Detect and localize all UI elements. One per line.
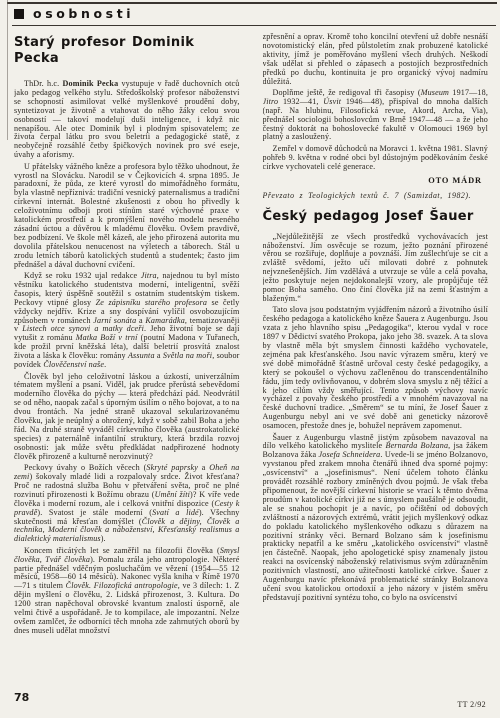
magazine-page: osobnosti Starý profesor Dominik Pecka T… bbox=[0, 0, 500, 718]
right-column: zpřesnění a oprav. Kromě toho koncilní o… bbox=[263, 33, 489, 683]
article2-paragraph: Šauer z Augenburgu vlastně jistým způsob… bbox=[263, 434, 489, 603]
page-number: 78 bbox=[14, 691, 29, 704]
article1-byline: OTO MÁDR bbox=[263, 176, 483, 185]
article1-paragraph: Zemřel v domově důchodců na Moravci 1. k… bbox=[263, 145, 489, 172]
article1-paragraph-continuation: zpřesnění a oprav. Kromě toho koncilní o… bbox=[263, 33, 489, 86]
issue-label: TT 2/92 bbox=[457, 700, 486, 709]
header-rule bbox=[12, 25, 496, 26]
article1-paragraph: Koncem třicátých let se zaměřil na filoz… bbox=[14, 547, 240, 636]
article1-paragraph: ThDr. h.c. Dominik Pecka vystupuje v řad… bbox=[14, 80, 240, 160]
left-column: Starý profesor Dominik Pecka ThDr. h.c. … bbox=[14, 33, 240, 683]
section-bullet-square-icon bbox=[14, 9, 24, 19]
article1-source-note: Převzato z Teologických textů č. 7 (Sami… bbox=[263, 191, 489, 200]
article1-title: Starý profesor Dominik Pecka bbox=[14, 35, 240, 67]
article1-paragraph: U přátelsky vážného kněze a profesora by… bbox=[14, 163, 240, 270]
scan-edge-mark bbox=[7, 0, 8, 140]
article2-paragraph: Tato slova jsou podstatným vyjádřením ná… bbox=[263, 306, 489, 431]
section-header: osobnosti bbox=[14, 6, 134, 21]
article1-paragraph: Doplňme ještě, že redigoval tři časopisy… bbox=[263, 89, 489, 142]
article2-paragraph: „Nejdůležitější ze všech prostředků vych… bbox=[263, 233, 489, 304]
article1-paragraph: Člověk byl jeho celoživotní láskou a úzk… bbox=[14, 373, 240, 462]
article1-paragraph: Když se roku 1932 ujal redakce Jitra, na… bbox=[14, 272, 240, 370]
section-label: osobnosti bbox=[33, 6, 134, 21]
article2-title: Český pedagog Josef Šauer bbox=[263, 209, 489, 225]
article1-paragraph: Peckovy úvahy o Božích věcech (Skryté pa… bbox=[14, 464, 240, 544]
text-columns: Starý profesor Dominik Pecka ThDr. h.c. … bbox=[14, 33, 488, 683]
top-rule bbox=[7, 2, 497, 4]
